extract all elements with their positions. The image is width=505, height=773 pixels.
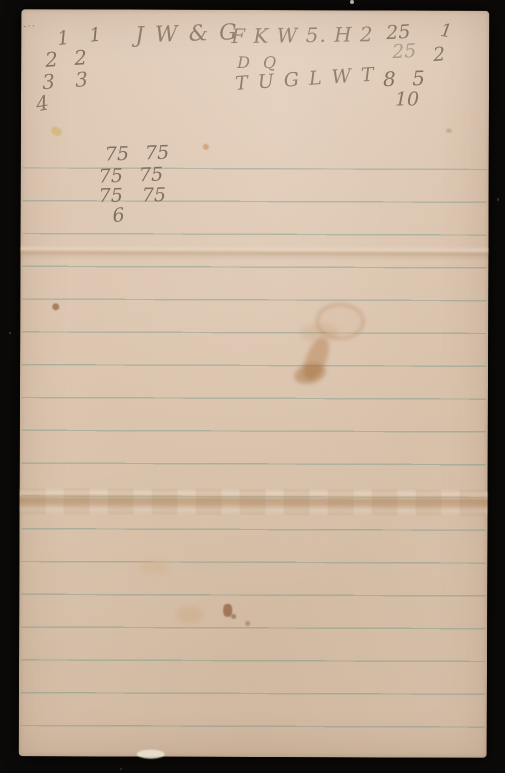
dust-speck [120,768,122,770]
handwritten-number: 10 [395,90,419,109]
stain-speck [245,621,250,626]
dust-speck [9,332,11,334]
handwritten-number-column: 3 3 [41,69,95,92]
paper-edge-chip [137,750,165,759]
stain-light [137,561,169,575]
handwritten-number-row: 75 75 [105,144,170,165]
stain-speck [231,614,236,619]
handwritten-number: 1 [439,22,453,41]
stain-speck [50,125,64,137]
stain-speck [203,144,209,150]
dust-speck [350,0,354,4]
paper-sheet: -·· 1 1 2 2 3 3 4 J W & G F K W 5. H 2 D… [19,9,490,758]
handwritten-letters: D Q [237,55,280,71]
stain-speck [52,303,59,310]
photo-background: -·· 1 1 2 2 3 3 4 J W & G F K W 5. H 2 D… [0,0,505,773]
handwritten-number-row: 75 75 [99,186,167,206]
handwritten-letters: F K W 5. H 2 [231,24,374,46]
handwritten-number: 8 5 [383,68,430,89]
fold-crease-lower [20,488,488,516]
handwritten-initials: J W & G [135,22,239,47]
handwritten-number: 6 [112,206,126,226]
fold-crease-upper [20,245,488,261]
handwritten-number-column: 4 [34,92,50,114]
handwritten-number: 2 [432,45,446,65]
stain-light [175,606,203,624]
handwritten-number: 25 [392,42,417,62]
dust-speck [497,198,499,201]
handwritten-mark: -·· [23,22,36,32]
stain-speck [446,129,452,133]
